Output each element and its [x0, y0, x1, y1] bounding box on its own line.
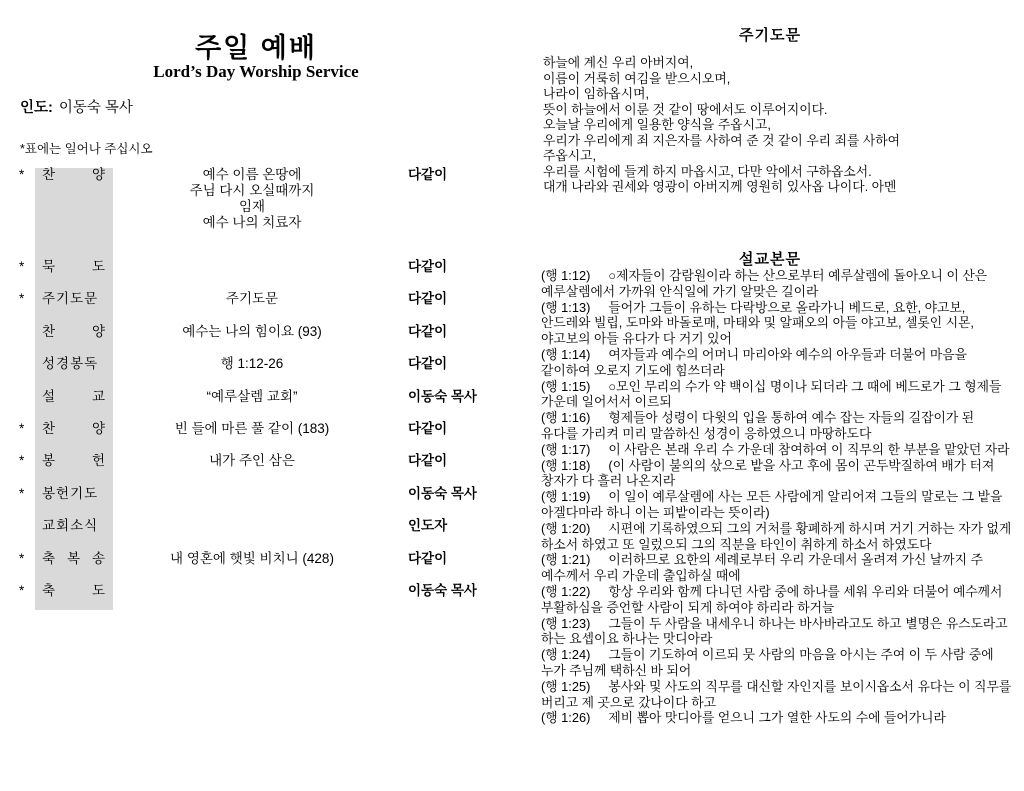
worship-row: 성경봉독 행 1:12-26 다같이	[12, 356, 509, 388]
worship-item-performer: 이동숙 목사	[391, 583, 509, 599]
worship-item-label: 봉헌기도	[35, 486, 113, 502]
scripture-verse: (행 1:25)봉사와 및 사도의 직무를 대신할 자인지를 보이시옵소서 유다…	[541, 679, 1013, 711]
worship-item-performer: 다같이	[391, 291, 509, 307]
verse-reference: (행 1:24)	[541, 647, 590, 662]
worship-item-performer: 다같이	[391, 453, 509, 469]
worship-item-label: 찬 양	[35, 421, 113, 437]
worship-item-performer: 이동숙 목사	[391, 486, 509, 502]
scripture-verse: (행 1:24)그들이 기도하여 이르되 뭇 사람의 마음을 아시는 주여 이 …	[541, 647, 1013, 679]
scripture-verse: (행 1:19)이 일이 예루살렘에 사는 모든 사람에게 알리어져 그들의 말…	[541, 489, 1013, 521]
verse-reference: (행 1:18)	[541, 458, 590, 473]
worship-item-performer: 다같이	[391, 356, 509, 372]
scripture-verse: (행 1:15)○모인 무리의 수가 약 백이십 명이나 되더라 그 때에 베드…	[541, 379, 1013, 411]
scripture-verse: (행 1:22)항상 우리와 함께 다니던 사람 중에 하나를 세워 우리와 더…	[541, 584, 1013, 616]
scripture-verse: (행 1:17)이 사람은 본래 우리 수 가운데 참여하여 이 직무의 한 부…	[541, 442, 1013, 458]
worship-row: * 주기도문 주기도문 다같이	[12, 291, 509, 323]
leader-line: 인도:이동숙 목사	[20, 96, 133, 117]
worship-item-label: 찬 양	[35, 167, 113, 183]
worship-item-title: 내가 주인 삼은	[113, 453, 391, 469]
worship-item-label: 성경봉독	[35, 356, 113, 372]
verse-reference: (행 1:19)	[541, 489, 590, 504]
stand-asterisk: *	[12, 453, 35, 469]
leader-name: 이동숙 목사	[59, 100, 133, 116]
verse-text: (이 사람이 불의의 삯으로 밭을 사고 후에 몸이 곤두박질하여 배가 터져 …	[541, 458, 994, 489]
stand-asterisk: *	[12, 421, 35, 437]
stand-asterisk: *	[12, 167, 35, 183]
worship-row: * 찬 양 예수 이름 온땅에 주님 다시 오실때까지 임재 예수 나의 치료자…	[12, 167, 509, 231]
verse-text: 봉사와 및 사도의 직무를 대신할 자인지를 보이시옵소서 유다는 이 직무를 …	[541, 679, 1011, 710]
leader-label: 인도:	[20, 100, 53, 116]
verse-text: ○제자들이 감람원이라 하는 산으로부터 예루살렘에 돌아오니 이 산은 예루살…	[541, 268, 987, 299]
worship-item-label: 설 교	[35, 389, 113, 405]
worship-item-title: 행 1:12-26	[113, 356, 391, 372]
worship-row: * 봉 헌 내가 주인 삼은 다같이	[12, 453, 509, 485]
worship-item-title: 내 영혼에 햇빛 비치니 (428)	[113, 551, 391, 567]
scripture-verse: (행 1:12)○제자들이 감람원이라 하는 산으로부터 예루살렘에 돌아오니 …	[541, 268, 1013, 300]
stand-note: *표에는 일어나 주십시오	[20, 139, 153, 157]
verse-text: 이 사람은 본래 우리 수 가운데 참여하여 이 직무의 한 부분을 맡았던 자…	[608, 442, 1009, 457]
worship-item-label: 찬 양	[35, 324, 113, 340]
worship-item-title: 주기도문	[113, 291, 391, 307]
worship-item-label: 축 도	[35, 583, 113, 599]
verse-reference: (행 1:22)	[541, 584, 590, 599]
worship-item-label: 축 복 송	[35, 551, 113, 567]
stand-asterisk: *	[12, 583, 35, 599]
worship-item-title: 예수 이름 온땅에 주님 다시 오실때까지 임재 예수 나의 치료자	[113, 167, 391, 231]
worship-row: * 묵 도 다같이	[12, 259, 509, 291]
verse-text: 이 일이 예루살렘에 사는 모든 사람에게 알리어져 그들의 말로는 그 밭을 …	[541, 489, 1002, 520]
worship-item-performer: 이동숙 목사	[391, 389, 509, 405]
verse-reference: (행 1:12)	[541, 268, 590, 283]
verse-reference: (행 1:23)	[541, 616, 590, 631]
worship-item-title: 빈 들에 마른 풀 같이 (183)	[113, 421, 391, 437]
bulletin-page: 주일 예배 Lord’s Day Worship Service 인도:이동숙 …	[0, 0, 1024, 791]
sermon-text-heading: 설교본문	[540, 248, 1000, 269]
worship-item-label: 주기도문	[35, 291, 113, 307]
sermon-scripture: (행 1:12)○제자들이 감람원이라 하는 산으로부터 예루살렘에 돌아오니 …	[541, 268, 1013, 726]
worship-item-performer: 다같이	[391, 259, 509, 275]
worship-item-label: 교회소식	[35, 518, 113, 534]
page-subtitle: Lord’s Day Worship Service	[0, 62, 512, 82]
worship-item-performer: 다같이	[391, 551, 509, 567]
lords-prayer-heading: 주기도문	[540, 24, 1000, 45]
worship-item-title: “예루살렘 교회”	[113, 389, 391, 405]
verse-reference: (행 1:13)	[541, 300, 590, 315]
worship-row: * 축 복 송 내 영혼에 햇빛 비치니 (428) 다같이	[12, 551, 509, 583]
worship-item-label: 봉 헌	[35, 453, 113, 469]
scripture-verse: (행 1:13)들어가 그들이 유하는 다락방으로 올라가니 베드로, 요한, …	[541, 300, 1013, 347]
stand-asterisk: *	[12, 259, 35, 275]
worship-item-title: 예수는 나의 힘이요 (93)	[113, 324, 391, 340]
page-title: 주일 예배	[0, 26, 512, 65]
verse-text: 형제들아 성령이 다윗의 입을 통하여 예수 잡는 자들의 길잡이가 된 유다를…	[541, 410, 974, 441]
worship-row: 찬 양 예수는 나의 힘이요 (93) 다같이	[12, 324, 509, 356]
verse-text: 이러하므로 요한의 세례로부터 우리 가운데서 올려져 가신 날까지 주 예수께…	[541, 552, 983, 583]
verse-text: 제비 뽑아 맛디아를 얻으니 그가 열한 사도의 수에 들어가니라	[608, 710, 946, 725]
scripture-verse: (행 1:21)이러하므로 요한의 세례로부터 우리 가운데서 올려져 가신 날…	[541, 552, 1013, 584]
verse-reference: (행 1:25)	[541, 679, 590, 694]
verse-reference: (행 1:16)	[541, 410, 590, 425]
stand-asterisk: *	[12, 551, 35, 567]
verse-reference: (행 1:20)	[541, 521, 590, 536]
verse-text: 그들이 기도하여 이르되 뭇 사람의 마음을 아시는 주여 이 두 사람 중에 …	[541, 647, 994, 678]
order-of-worship: * 찬 양 예수 이름 온땅에 주님 다시 오실때까지 임재 예수 나의 치료자…	[12, 167, 509, 615]
worship-item-label: 묵 도	[35, 259, 113, 275]
verse-text: 항상 우리와 함께 다니던 사람 중에 하나를 세워 우리와 더불어 예수께서 …	[541, 584, 1002, 615]
worship-item-performer: 다같이	[391, 324, 509, 340]
worship-row: 설 교 “예루살렘 교회” 이동숙 목사	[12, 389, 509, 421]
scripture-verse: (행 1:23)그들이 두 사람을 내세우니 하나는 바사바라고도 하고 별명은…	[541, 616, 1013, 648]
stand-asterisk: *	[12, 291, 35, 307]
stand-asterisk: *	[12, 486, 35, 502]
scripture-verse: (행 1:16)형제들아 성령이 다윗의 입을 통하여 예수 잡는 자들의 길잡…	[541, 410, 1013, 442]
scripture-verse: (행 1:18)(이 사람이 불의의 삯으로 밭을 사고 후에 몸이 곤두박질하…	[541, 458, 1013, 490]
scripture-verse: (행 1:20)시편에 기록하였으되 그의 거처를 황폐하게 하시며 거기 거하…	[541, 521, 1013, 553]
verse-text: 그들이 두 사람을 내세우니 하나는 바사바라고도 하고 별명은 유스도라고 하…	[541, 616, 1008, 647]
verse-text: 여자들과 예수의 어머니 마리아와 예수의 아우들과 더불어 마음을 같이하여 …	[541, 347, 967, 378]
verse-reference: (행 1:21)	[541, 552, 590, 567]
worship-row: * 축 도 이동숙 목사	[12, 583, 509, 615]
verse-text: ○모인 무리의 수가 약 백이십 명이나 되더라 그 때에 베드로가 그 형제들…	[541, 379, 1001, 410]
worship-item-performer: 다같이	[391, 167, 509, 183]
lords-prayer-text: 하늘에 계신 우리 아버지여, 이름이 거룩히 여김을 받으시오며, 나라이 임…	[543, 55, 1010, 195]
worship-item-performer: 다같이	[391, 421, 509, 437]
worship-row: * 찬 양 빈 들에 마른 풀 같이 (183) 다같이	[12, 421, 509, 453]
verse-reference: (행 1:17)	[541, 442, 590, 457]
worship-item-performer: 인도자	[391, 518, 509, 534]
worship-row: 교회소식 인도자	[12, 518, 509, 550]
scripture-verse: (행 1:14)여자들과 예수의 어머니 마리아와 예수의 아우들과 더불어 마…	[541, 347, 1013, 379]
verse-text: 들어가 그들이 유하는 다락방으로 올라가니 베드로, 요한, 야고보, 안드레…	[541, 300, 974, 347]
verse-reference: (행 1:26)	[541, 710, 590, 725]
verse-reference: (행 1:15)	[541, 379, 590, 394]
worship-row: * 봉헌기도 이동숙 목사	[12, 486, 509, 518]
scripture-verse: (행 1:26)제비 뽑아 맛디아를 얻으니 그가 열한 사도의 수에 들어가니…	[541, 710, 1013, 726]
verse-text: 시편에 기록하였으되 그의 거처를 황폐하게 하시며 거기 거하는 자가 없게 …	[541, 521, 1011, 552]
verse-reference: (행 1:14)	[541, 347, 590, 362]
